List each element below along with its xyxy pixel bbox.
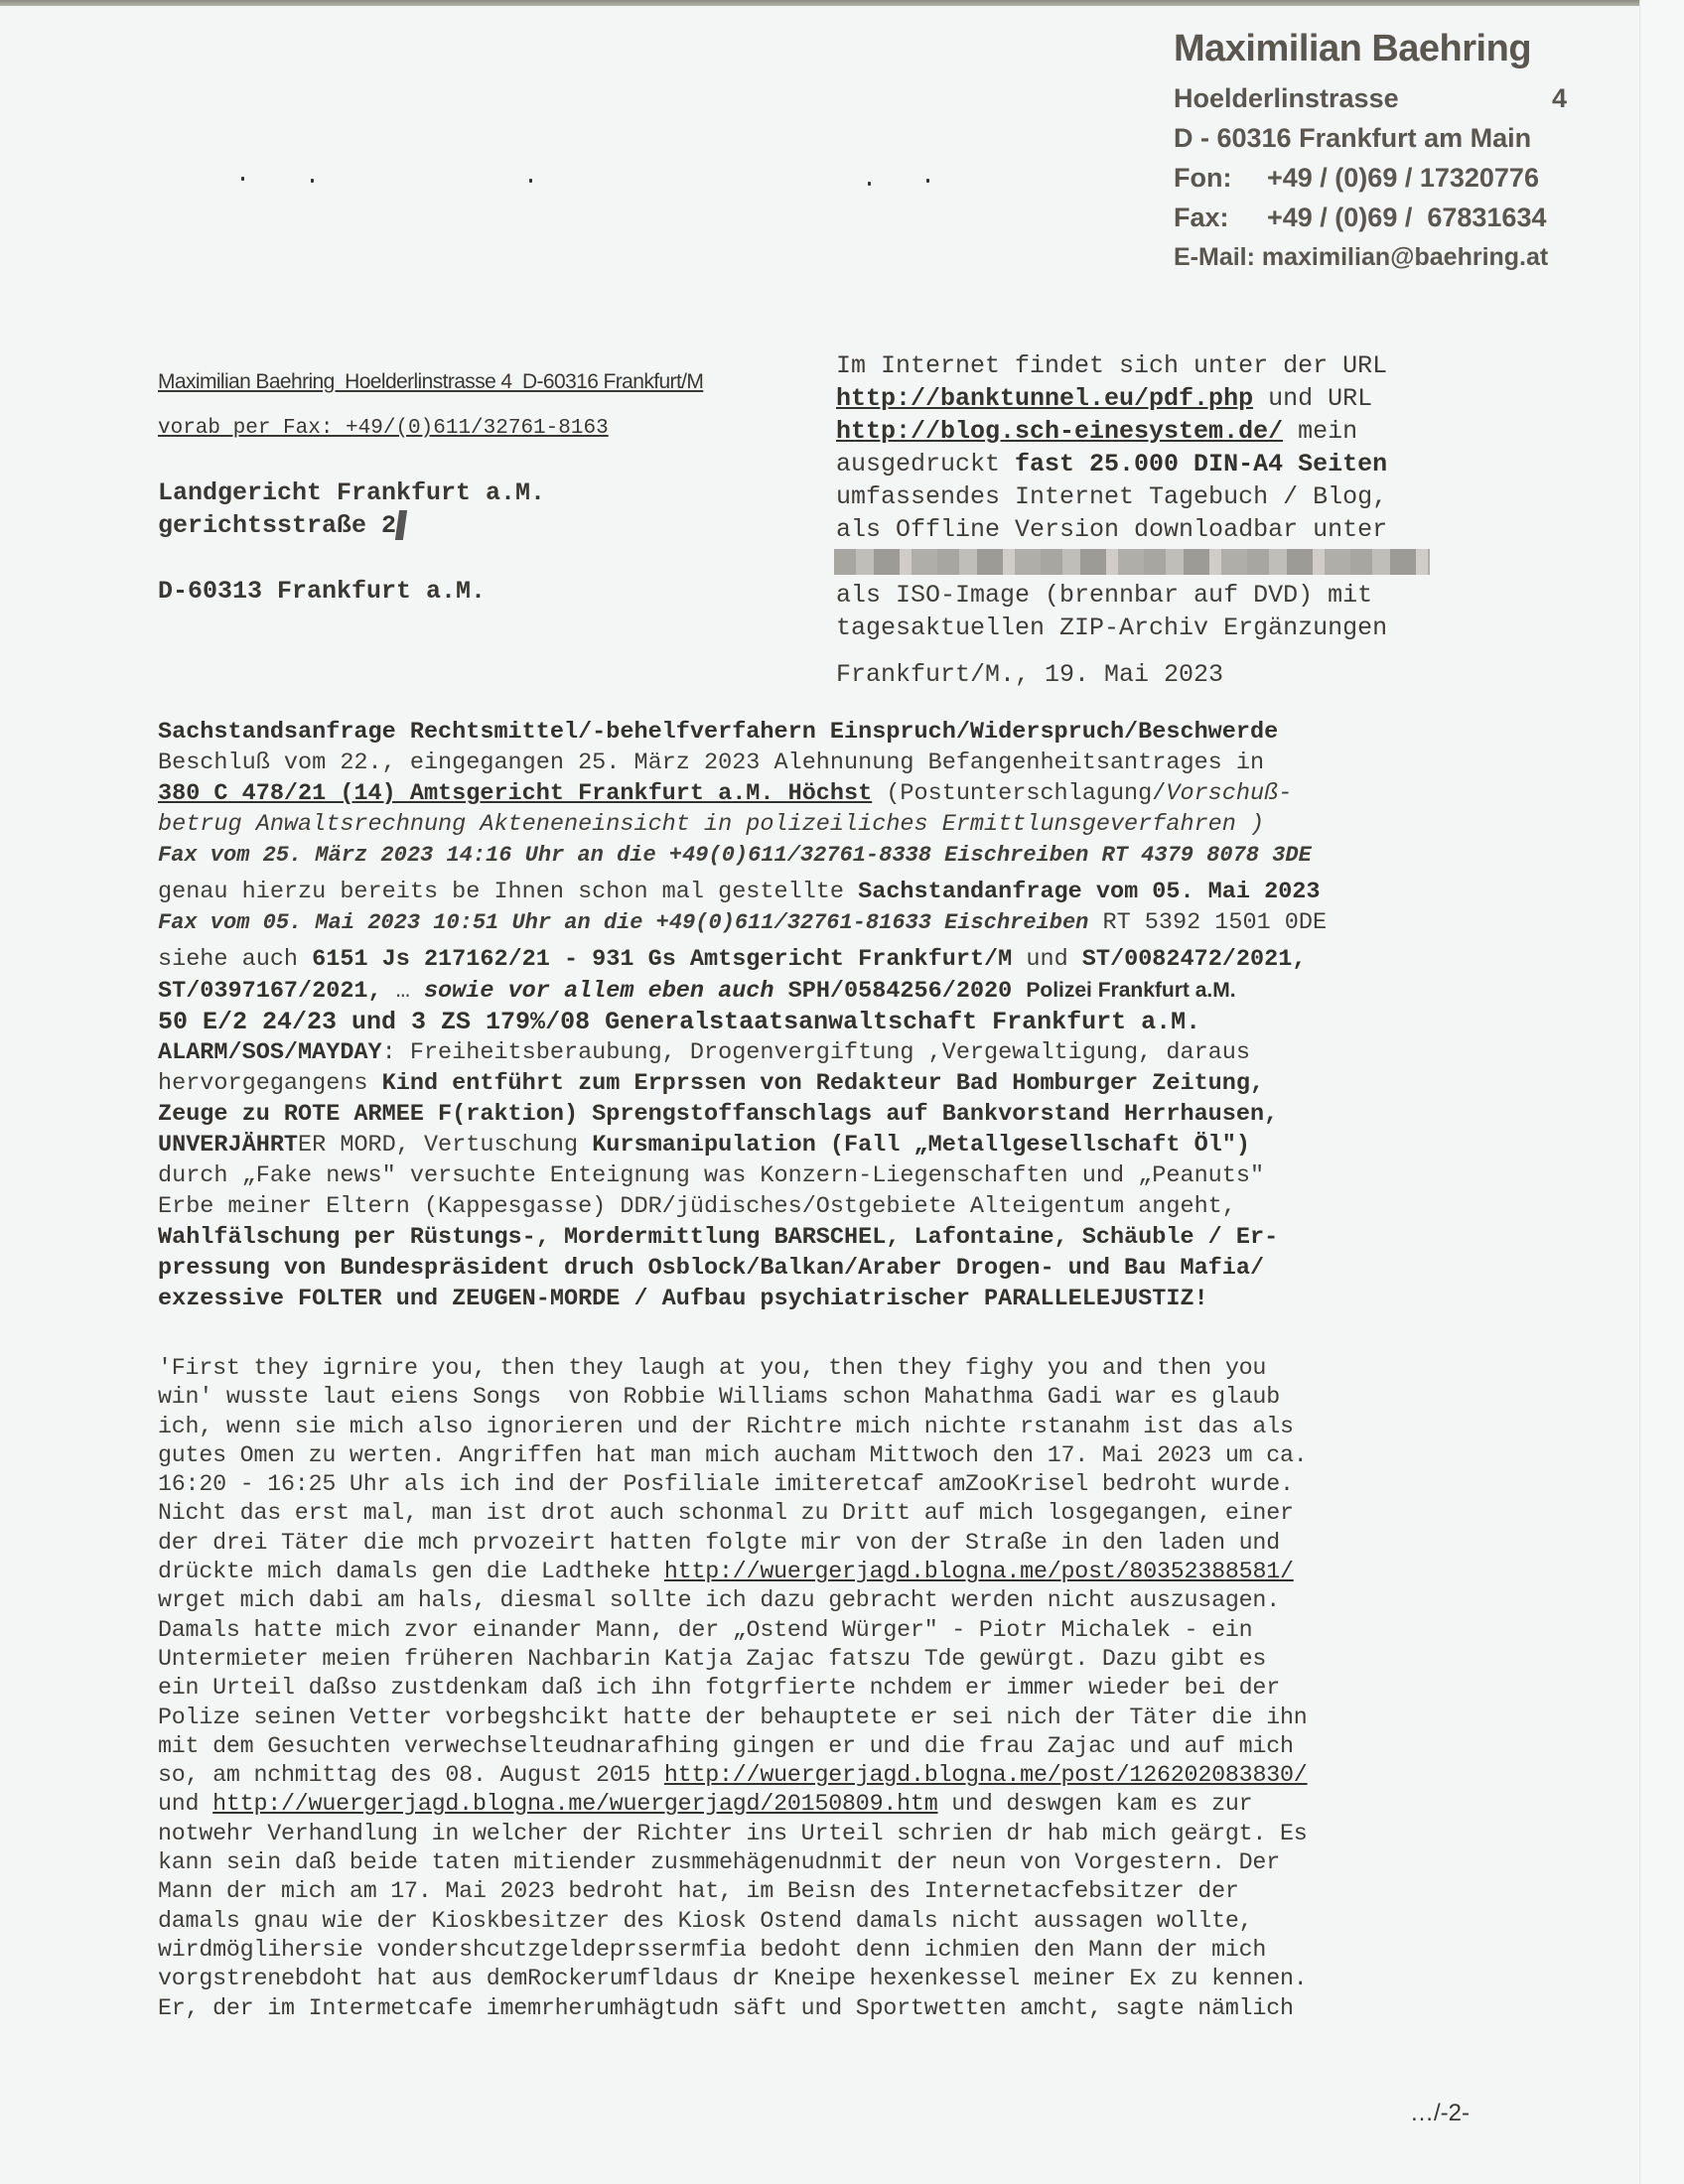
body-line: Nicht das erst mal, man ist drot auch sc…: [158, 1499, 1493, 1528]
registered-mail-number: RT 5392 1501 0DE: [1088, 909, 1327, 936]
subject-line: : Freiheitsberaubung, Drogenvergiftung ,…: [382, 1039, 1250, 1066]
recipient-city: D-60313 Frankfurt a.M.: [158, 575, 545, 608]
scan-speck: [529, 179, 532, 183]
letterhead: Maximilian Baehring Hoelderlinstrasse 4 …: [1174, 28, 1567, 277]
body-line: wrget mich dabi am hals, diesmal sollte …: [158, 1586, 1493, 1615]
case-reference: ST/0082472/2021,: [1082, 946, 1307, 973]
body-line: mit dem Gesuchten verwechselteudnarafhin…: [158, 1732, 1493, 1761]
subject-line: Vorschuß-: [1166, 780, 1292, 807]
subject-line: betrug Anwaltsrechnung Akteneneinsicht i…: [158, 811, 1264, 838]
body-line: vorgstrenebdoht hat aus demRockerumfldau…: [158, 1965, 1493, 1993]
subject-line: hervorgegangens: [158, 1070, 382, 1097]
phone-label: Fon:: [1174, 158, 1267, 198]
fax-advance-line: vorab per Fax: +49/(0)611/32761-8163: [158, 417, 609, 440]
sender-house-number: 4: [1552, 78, 1567, 118]
body-line: notwehr Verhandlung in welcher der Richt…: [158, 1820, 1493, 1848]
body-line: Mann der mich am 17. Mai 2023 bedroht ha…: [158, 1877, 1493, 1906]
body-line: 16:20 - 16:25 Uhr als ich ind der Posfil…: [158, 1470, 1493, 1499]
body-line: win' wusste laut eiens Songs von Robbie …: [158, 1383, 1493, 1412]
subject-line: Wahlfälschung per Rüstungs-, Mordermittl…: [158, 1224, 1278, 1251]
banktunnel-link[interactable]: http://banktunnel.eu/pdf.php: [836, 384, 1253, 413]
page-count: fast 25.000 DIN-A4 Seiten: [1015, 450, 1387, 478]
body-line: der drei Täter die mch prvozeirt hatten …: [158, 1529, 1493, 1558]
info-line: tagesaktuellen ZIP-Archiv Ergänzungen: [836, 612, 1491, 644]
letter-date: Frankfurt/M., 19. Mai 2023: [836, 658, 1491, 691]
body-line: und: [158, 1791, 212, 1817]
scan-speck: [926, 179, 929, 183]
subject-block: Sachstandsanfrage Rechtsmittel/-behelfve…: [158, 717, 1488, 1314]
fax-label: Fax:: [1174, 198, 1267, 237]
body-line: gutes Omen zu werten. Angriffen hat man …: [158, 1441, 1493, 1470]
subject-line: (Postunterschlagung/: [872, 780, 1166, 807]
scan-speck: [868, 182, 871, 186]
info-line: mein: [1283, 417, 1357, 446]
redacted-url: [834, 549, 1430, 575]
subject-line: Beschluß vom 22., eingegangen 25. März 2…: [158, 748, 1488, 778]
subject-line: sowie vor allem eben auch: [424, 978, 774, 1005]
recipient-court: Landgericht Frankfurt a.M.: [158, 477, 545, 509]
sender-street: Hoelderlinstrasse: [1174, 78, 1399, 118]
info-line: und URL: [1253, 384, 1372, 413]
fax-reference: Fax vom 05. Mai 2023 10:51 Uhr an die +4…: [158, 910, 1088, 935]
body-line: und deswgen kam es zur: [938, 1791, 1253, 1817]
subject-line: genau hierzu bereits be Ihnen schon mal …: [158, 879, 858, 905]
body-line: Untermieter meien früheren Nachbarin Kat…: [158, 1645, 1493, 1674]
prosecutor-reference: 50 E/2 24/23 und 3 ZS 179%/08 Generalsta…: [158, 1008, 1200, 1036]
subject-title: Sachstandsanfrage Rechtsmittel/-behelfve…: [158, 719, 1278, 746]
wuergerjagd-post-link-1[interactable]: http://wuergerjagd.blogna.me/post/803523…: [664, 1559, 1294, 1584]
subject-line: pressung von Bundespräsident druch Osblo…: [158, 1255, 1264, 1282]
sender-city: D - 60316 Frankfurt am Main: [1174, 118, 1531, 158]
case-number: 380 C 478/21 (14) Amtsgericht Frankfurt …: [158, 780, 872, 807]
sender-email: E-Mail: maximilian@baehring.at: [1174, 237, 1548, 277]
subject-line: siehe auch: [158, 946, 312, 973]
alarm-label: ALARM/SOS/MAYDAY: [158, 1039, 382, 1066]
subject-line: …: [382, 978, 424, 1005]
subject-line: exzessive FOLTER und ZEUGEN-MORDE / Aufb…: [158, 1286, 1208, 1312]
info-line: als Offline Version downloadbar unter: [836, 513, 1491, 546]
page-continuation: …/-2-: [1410, 2100, 1470, 2127]
status-request-ref: Sachstandanfrage vom 05. Mai 2023: [858, 879, 1320, 905]
ink-mark: [395, 510, 407, 540]
subject-line: Kursmanipulation (Fall „Metallgesellscha…: [592, 1132, 1250, 1159]
blog-link[interactable]: http://blog.sch-einesystem.de/: [836, 417, 1283, 446]
body-line: ich, wenn sie mich also ignorieren und d…: [158, 1413, 1493, 1441]
wuergerjagd-post-link-2[interactable]: http://wuergerjagd.blogna.me/post/126202…: [664, 1762, 1308, 1788]
scan-speck: [311, 179, 314, 183]
recipient-street: gerichtsstraße 2: [158, 509, 545, 542]
subject-line: Zeuge zu ROTE ARMEE F(raktion) Sprengsto…: [158, 1101, 1278, 1128]
body-line: 'First they igrnire you, then they laugh…: [158, 1354, 1493, 1383]
sender-return-line: Maximilian Baehring Hoelderlinstrasse 4 …: [158, 370, 703, 394]
wuergerjagd-archive-link[interactable]: http://wuergerjagd.blogna.me/wuergerjagd…: [212, 1791, 937, 1817]
subject-line: UNVERJÄHRT: [158, 1132, 298, 1159]
case-reference: ST/0397167/2021,: [158, 978, 382, 1005]
sender-fax: +49 / (0)69 / 67831634: [1267, 198, 1546, 237]
subject-line: und: [1012, 946, 1082, 973]
info-box: Im Internet findet sich unter der URL ht…: [836, 349, 1491, 691]
case-reference: SPH/0584256/2020: [774, 978, 1027, 1005]
subject-line: durch „Fake news" versuchte Enteignung w…: [158, 1160, 1488, 1191]
letter-body: 'First they igrnire you, then they laugh…: [158, 1354, 1493, 2023]
fax-reference: Fax vom 25. März 2023 14:16 Uhr an die +…: [158, 840, 1488, 871]
body-line: so, am nchmittag des 08. August 2015: [158, 1762, 664, 1788]
body-line: Polize seinen Vetter vorbegshcikt hatte …: [158, 1704, 1493, 1732]
body-line: drückte mich damals gen die Ladtheke: [158, 1559, 664, 1584]
recipient-address: Landgericht Frankfurt a.M. gerichtsstraß…: [158, 477, 545, 608]
case-reference: 6151 Js 217162/21 - 931 Gs Amtsgericht F…: [312, 946, 1012, 973]
body-line: kann sein daß beide taten mitiender zusm…: [158, 1848, 1493, 1877]
info-line: Im Internet findet sich unter der URL: [836, 349, 1491, 382]
info-line: umfassendes Internet Tagebuch / Blog,: [836, 480, 1491, 513]
body-line: wirdmöglihersie vondershcutzgeldeprsserm…: [158, 1936, 1493, 1965]
info-line: als ISO-Image (brennbar auf DVD) mit: [836, 579, 1491, 612]
scan-edge-right: [1639, 0, 1684, 2184]
body-line: ein Urteil daßso zustdenkam daß ich ihn …: [158, 1674, 1493, 1703]
scan-speck: [241, 177, 244, 181]
subject-line: Kind entführt zum Erprssen von Redakteur…: [382, 1070, 1264, 1097]
subject-line: ER MORD, Vertuschung: [298, 1132, 592, 1159]
body-line: damals gnau wie der Kioskbesitzer des Ki…: [158, 1907, 1493, 1936]
subject-line: Erbe meiner Eltern (Kappesgasse) DDR/jüd…: [158, 1191, 1488, 1222]
body-line: Damals hatte mich zvor einander Mann, de…: [158, 1616, 1493, 1645]
body-line: Er, der im Intermetcafe imemrherumhägtud…: [158, 1994, 1493, 2023]
info-line: ausgedruckt: [836, 450, 1015, 478]
sender-name: Maximilian Baehring: [1174, 28, 1567, 70]
police-reference: Polizei Frankfurt a.M.: [1026, 979, 1235, 1002]
sender-phone: +49 / (0)69 / 17320776: [1267, 158, 1539, 198]
